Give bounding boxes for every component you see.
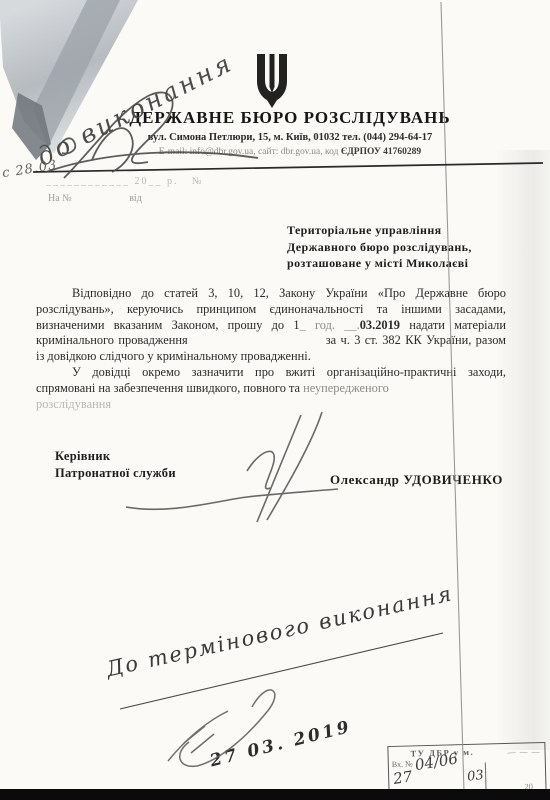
recipient-line-1: Територіальне управління — [287, 222, 472, 239]
handwritten-date: 27 03. 2019 — [208, 717, 354, 772]
recipient-block: Територіальне управління Державного бюро… — [287, 222, 472, 272]
scanned-letter-page: ДЕРЖАВНЕ БЮРО РОЗСЛІДУВАНЬ вул. Симона П… — [0, 0, 550, 800]
handwritten-urgent-note: До термінового виконання — [104, 581, 455, 681]
org-contact-prefix: E-mail: info@dbr.gov.ua, сайт: dbr.gov.u… — [159, 147, 341, 157]
stamp-dotted-line: — — — — [507, 747, 540, 757]
header-rule — [33, 163, 543, 172]
stamp-handwritten-month: 03 — [466, 768, 484, 785]
body-paragraph-1: Відповідно до статей 3, 10, 12, Закону У… — [36, 286, 506, 365]
p1-day-blank: __. — [344, 318, 360, 332]
scan-bottom-black-bar — [0, 789, 550, 800]
p2-faint-last-word: розслідування — [36, 397, 111, 411]
letter-body: Відповідно до статей 3, 10, 12, Закону У… — [36, 286, 506, 412]
stamp-handwritten-day: 27 — [392, 767, 414, 788]
signer-title-block: Керівник Патронатної служби — [55, 448, 176, 481]
p1-date: 03.2019 — [360, 318, 400, 332]
reference-date-line: ____________ 20__ р. № — [46, 176, 204, 187]
p1-hour-blank: _ год. — [300, 318, 345, 332]
signer-title-line-1: Керівник — [55, 448, 176, 465]
p2-start: У довідці окремо зазначити про вжиті орг… — [36, 365, 506, 395]
recipient-line-3: розташоване у місті Миколаєві — [287, 255, 472, 272]
recipient-line-2: Державного бюро розслідувань, — [287, 239, 472, 256]
org-edrpou-code: ЄДРПОУ 41760289 — [341, 147, 421, 157]
signer-name: Олександр УДОВИЧЕНКО — [330, 472, 503, 488]
scan-right-shading — [495, 150, 550, 750]
body-paragraph-2: У довідці окремо зазначити про вжиті орг… — [36, 365, 506, 412]
p2-faint-word: неупередженого — [303, 381, 389, 395]
ukraine-trident-emblem — [252, 52, 292, 115]
reference-reply-line: На № від — [48, 193, 142, 204]
signer-title-line-2: Патронатної служби — [55, 465, 176, 482]
